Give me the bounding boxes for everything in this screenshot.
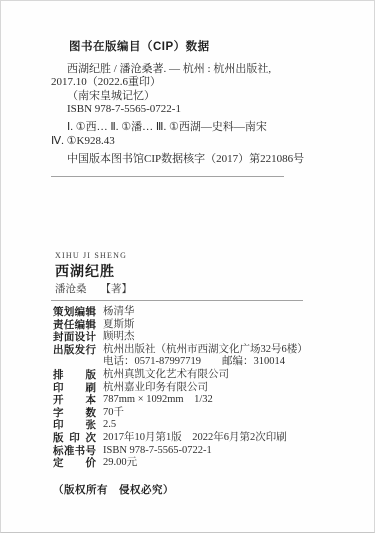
book-title: 西湖纪胜 <box>55 263 374 279</box>
colophon-value: 2.5 <box>103 419 116 432</box>
cip-classification-line2: Ⅳ. ①K928.43 <box>51 135 346 149</box>
colophon-value: 29.00元 <box>103 457 137 470</box>
colophon-list: 策划编辑杨清华 责任编辑夏斯斯 封面设计顾明杰 出版发行杭州出版社（杭州市西湖文… <box>53 306 354 470</box>
copyright-page: 图书在版编目（CIP）数据 西湖纪胜 / 潘沧桑著. — 杭州 : 杭州出版社,… <box>0 0 375 533</box>
colophon-value: 顾明杰 <box>103 331 135 344</box>
colophon-label: 开本 <box>53 394 96 407</box>
colophon-row-printing: 印刷杭州嘉业印务有限公司 <box>53 382 354 395</box>
colophon-value: 70千 <box>103 407 124 420</box>
colophon-row-responsible-editor: 责任编辑夏斯斯 <box>53 319 354 332</box>
colophon-value: 787mm × 1092mm 1/32 <box>103 394 213 407</box>
copyright-notice: （版权所有 侵权必究） <box>53 482 374 497</box>
colophon-row-format: 开本787mm × 1092mm 1/32 <box>53 394 354 407</box>
colophon-label: 字数 <box>53 407 96 420</box>
colophon-label: 出版发行 <box>53 344 96 357</box>
phone-postcode-line: 电话：0571-87997719 邮编：310014 <box>103 356 285 369</box>
colophon-value: ISBN 978-7-5565-0722-1 <box>103 445 212 458</box>
colophon-label: 封面设计 <box>53 331 96 344</box>
cip-divider <box>51 176 284 177</box>
cip-title-statement-line1: 西湖纪胜 / 潘沧桑著. — 杭州 : 杭州出版社, <box>51 63 346 77</box>
book-author: 潘沧桑 <box>55 284 87 295</box>
book-title-block: XIHU JI SHENG 西湖纪胜 潘沧桑【著】 <box>55 251 374 296</box>
cip-classification-line1: Ⅰ. ①西… Ⅱ. ①潘… Ⅲ. ①西湖—史料—南宋 <box>51 121 346 135</box>
colophon-row-typesetting: 排版杭州真凯文化艺术有限公司 <box>53 369 354 382</box>
colophon-value: 杨清华 <box>103 306 135 319</box>
colophon-label: 定价 <box>53 457 96 470</box>
colophon-label <box>53 356 96 369</box>
cip-series-line: （南宋皇城记忆） <box>51 90 346 104</box>
colophon-row-price: 定价29.00元 <box>53 457 354 470</box>
colophon-value: 夏斯斯 <box>103 319 135 332</box>
colophon-row-edition: 版印次2017年10月第1版 2022年6月第2次印刷 <box>53 432 354 445</box>
cip-heading: 图书在版编目（CIP）数据 <box>51 41 346 55</box>
colophon-label: 策划编辑 <box>53 306 96 319</box>
cip-title-statement-line2: 2017.10（2022.6重印） <box>51 76 346 90</box>
colophon-row-publisher: 出版发行杭州出版社（杭州市西湖文化广场32号6楼） <box>53 344 354 357</box>
colophon-row-sheets: 印张2.5 <box>53 419 354 432</box>
colophon-label: 版印次 <box>53 432 96 445</box>
colophon-value: 杭州出版社（杭州市西湖文化广场32号6楼） <box>103 344 308 357</box>
colophon-label: 标准书号 <box>53 445 96 458</box>
cip-record-number-line: 中国版本图书馆CIP数据核字（2017）第221086号 <box>51 153 346 167</box>
colophon-label: 责任编辑 <box>53 319 96 332</box>
title-divider <box>51 300 303 301</box>
author-role-tag: 【著】 <box>101 284 133 295</box>
colophon-row-cover-design: 封面设计顾明杰 <box>53 331 354 344</box>
colophon-value: 杭州真凯文化艺术有限公司 <box>103 369 229 382</box>
colophon-row-planning-editor: 策划编辑杨清华 <box>53 306 354 319</box>
book-pinyin-title: XIHU JI SHENG <box>55 251 374 260</box>
cip-block: 图书在版编目（CIP）数据 西湖纪胜 / 潘沧桑著. — 杭州 : 杭州出版社,… <box>51 41 346 166</box>
colophon-row-word-count: 字数70千 <box>53 407 354 420</box>
colophon-value: 杭州嘉业印务有限公司 <box>103 382 208 395</box>
colophon-value: 2017年10月第1版 2022年6月第2次印刷 <box>103 432 287 445</box>
colophon-label: 印张 <box>53 419 96 432</box>
colophon-label: 排版 <box>53 369 96 382</box>
colophon-label: 印刷 <box>53 382 96 395</box>
colophon-row-isbn: 标准书号ISBN 978-7-5565-0722-1 <box>53 445 354 458</box>
colophon-row-phone-postcode: 电话：0571-87997719 邮编：310014 <box>53 356 354 369</box>
book-author-line: 潘沧桑【著】 <box>55 284 374 296</box>
cip-isbn-line: ISBN 978-7-5565-0722-1 <box>51 103 346 117</box>
